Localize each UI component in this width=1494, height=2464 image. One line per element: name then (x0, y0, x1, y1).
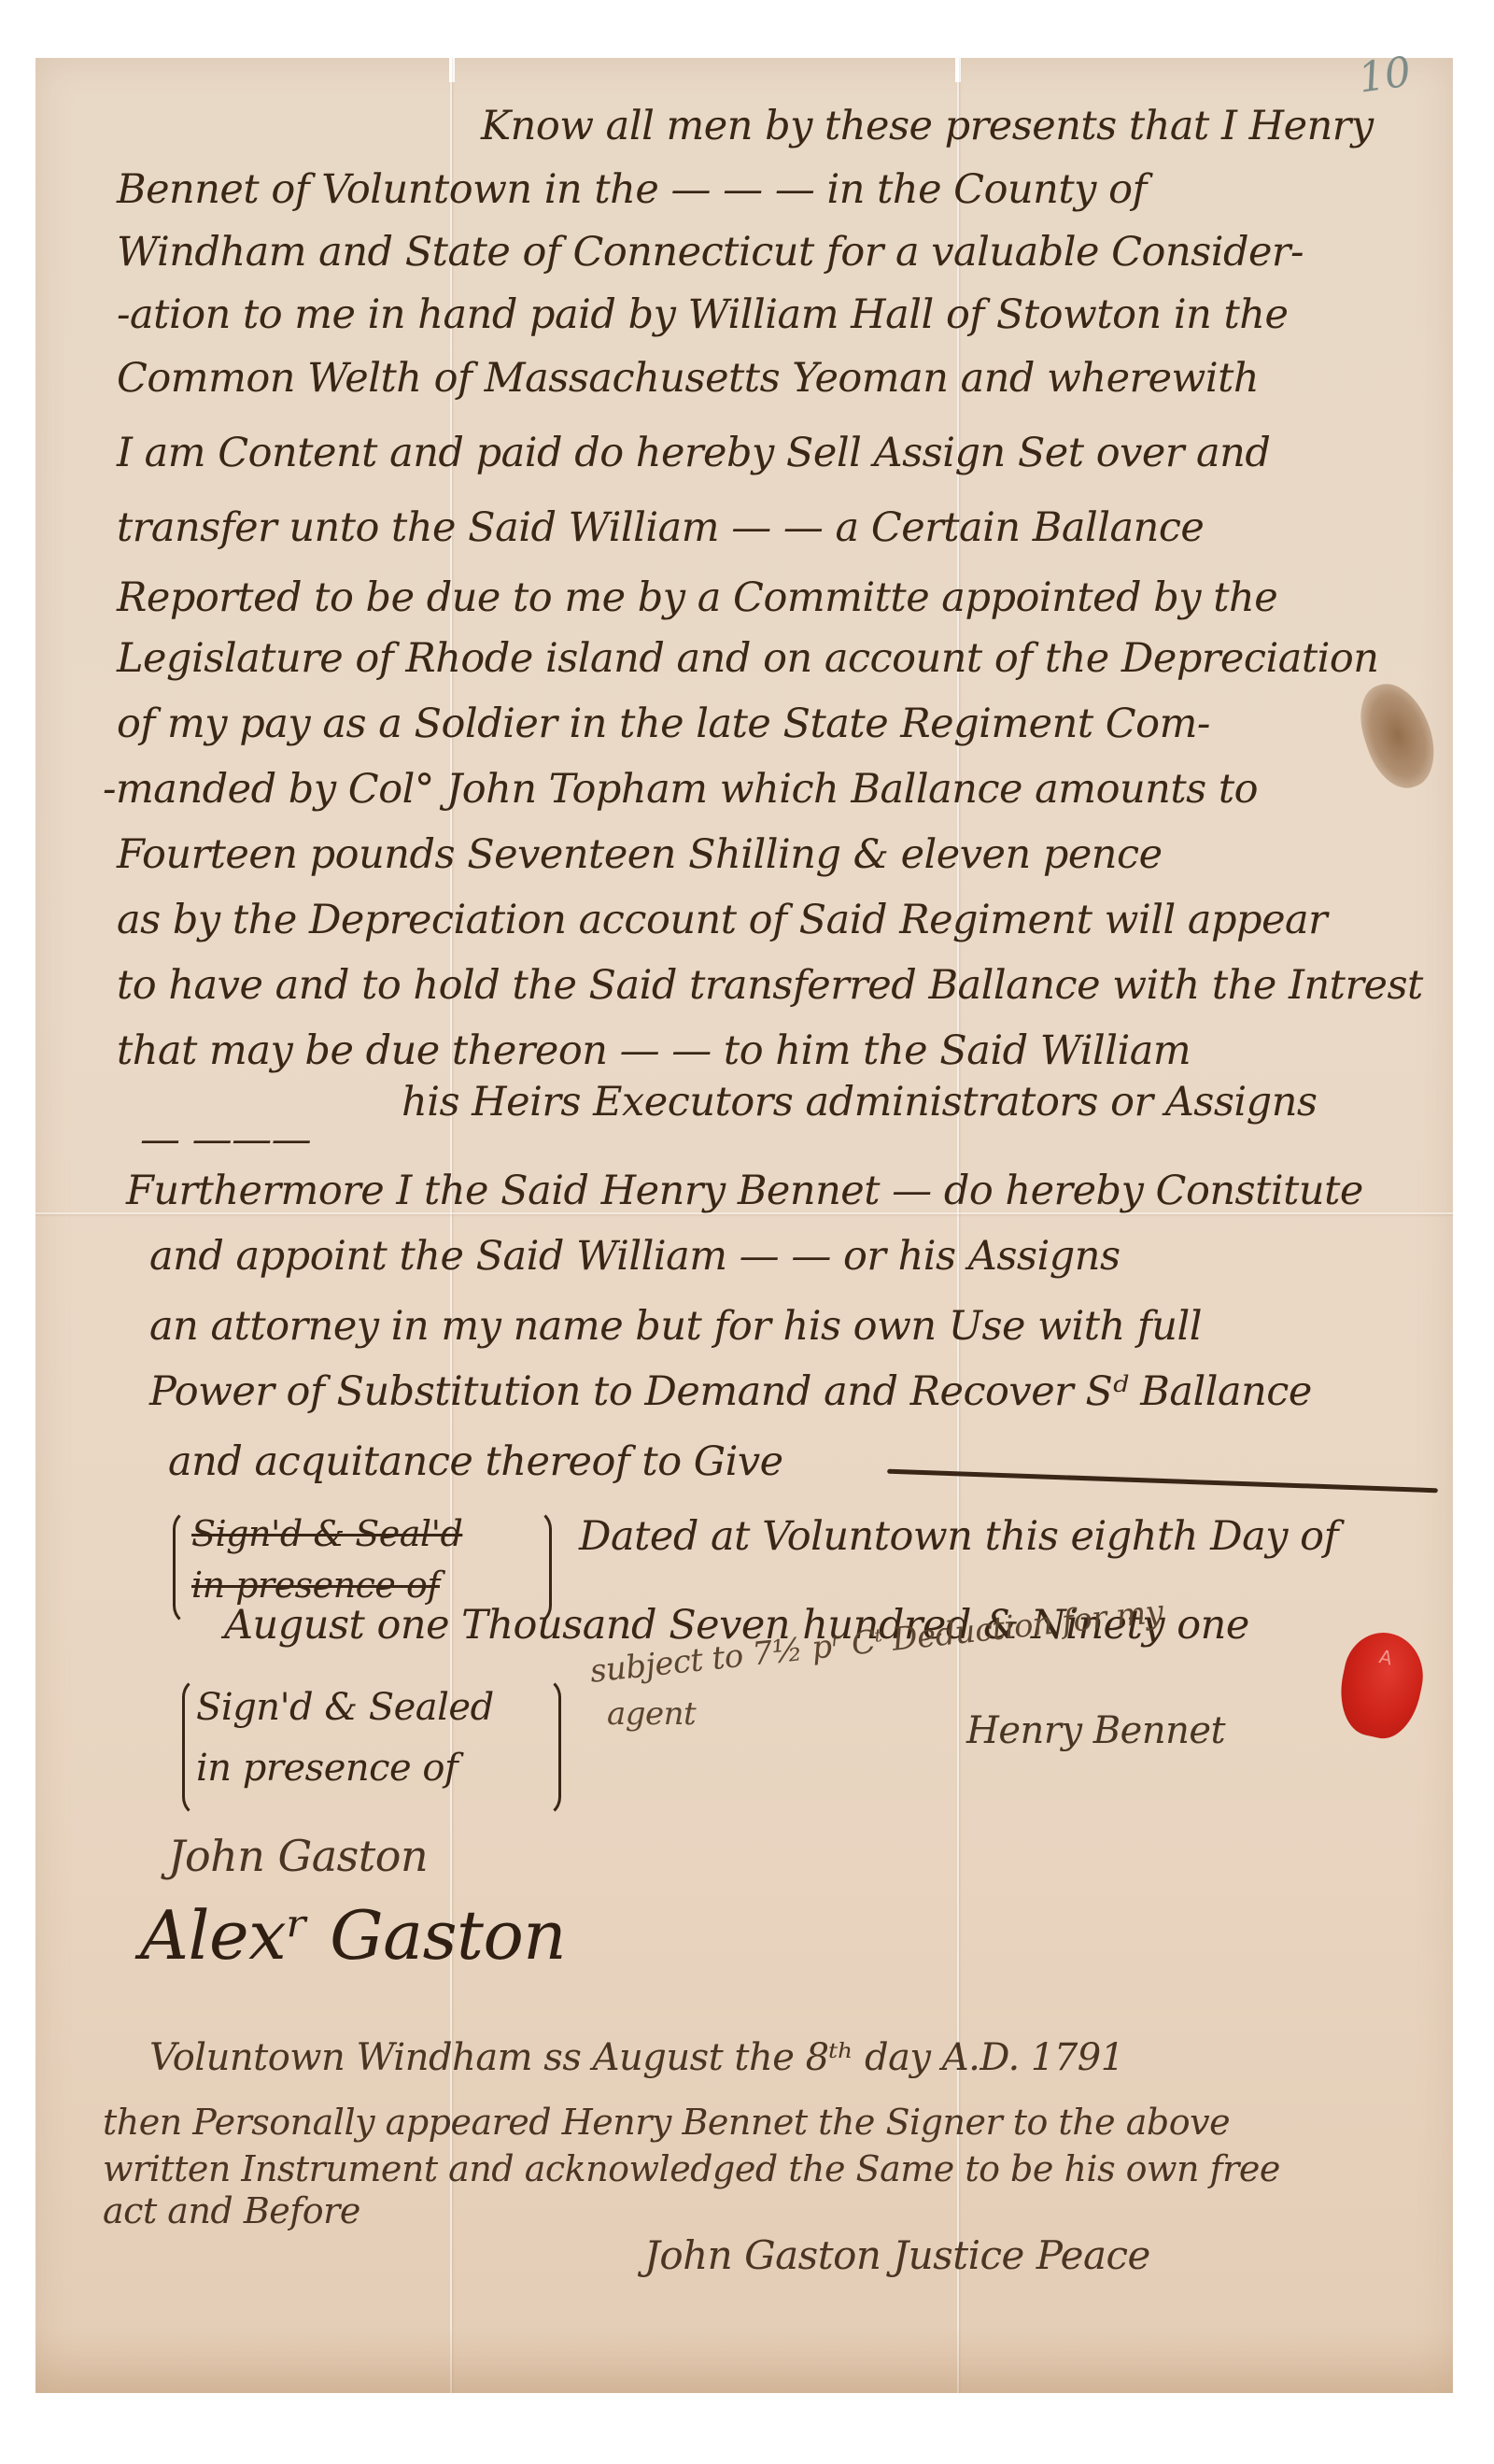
body-line-19: and appoint the Said William — — or his … (149, 1233, 1120, 1280)
acknowledgment-line-1: then Personally appeared Henry Bennet th… (103, 2102, 1230, 2143)
witness-signature-2: Alexʳ Gaston (140, 1896, 566, 1975)
acknowledgment-line-3: act and Before (103, 2190, 360, 2231)
seal-impression-mark: A (1377, 1645, 1394, 1669)
body-line-6: I am Content and paid do hereby Sell Ass… (117, 430, 1270, 476)
body-line-13: as by the Depreciation account of Said R… (117, 897, 1327, 943)
body-line-9: Legislature of Rhode island and on accou… (117, 635, 1378, 682)
attestation-line-2: in presence of (196, 1747, 458, 1790)
body-line-15: that may be due thereon — — to him the S… (117, 1027, 1191, 1074)
body-line-2: Bennet of Voluntown in the — — — in the … (117, 166, 1147, 213)
paper-bottom-discoloration (35, 2328, 1453, 2393)
body-line-12: Fourteen pounds Seventeen Shilling & ele… (117, 831, 1163, 878)
folio-number: 10 (1356, 48, 1415, 102)
acknowledgment-line-2: written Instrument and acknowledged the … (103, 2148, 1280, 2189)
body-line-3: Windham and State of Connecticut for a v… (117, 229, 1304, 276)
body-line-8: Reported to be due to me by a Committe a… (117, 574, 1277, 621)
struck-attestation-line-2: in presence of (191, 1565, 440, 1606)
struck-attestation-line-1: Sign'd & Seal'd (191, 1513, 462, 1554)
dated-line-1: Dated at Voluntown this eighth Day of (579, 1513, 1338, 1560)
body-line-20: an attorney in my name but for his own U… (149, 1303, 1202, 1350)
body-line-10: of my pay as a Soldier in the late State… (117, 701, 1210, 747)
body-line-22: and acquitance thereof to Give (168, 1438, 783, 1485)
body-line-16: his Heirs Executors administrators or As… (402, 1079, 1317, 1126)
body-line-5: Common Welth of Massachusetts Yeoman and… (117, 355, 1259, 402)
body-line-14: to have and to hold the Said transferred… (117, 962, 1423, 1009)
marginal-note-line-2: agent (607, 1695, 696, 1733)
body-line-21: Power of Substitution to Demand and Reco… (149, 1368, 1312, 1415)
body-line-17: — ——— (140, 1116, 311, 1163)
body-line-7: transfer unto the Said William — — a Cer… (117, 504, 1204, 551)
attestation-line-1: Sign'd & Sealed (196, 1686, 494, 1729)
justice-signature: John Gaston Justice Peace (644, 2232, 1150, 2278)
signatory-signature: Henry Bennet (966, 1709, 1225, 1752)
body-line-18: Furthermore I the Said Henry Bennet — do… (126, 1168, 1363, 1214)
acknowledgment-heading: Voluntown Windham ss August the 8ᵗʰ day … (149, 2036, 1124, 2079)
witness-signature-1: John Gaston (168, 1831, 428, 1881)
body-line-1: Know all men by these presents that I He… (481, 103, 1374, 149)
body-line-4: -ation to me in hand paid by William Hal… (117, 291, 1288, 338)
body-line-11: -manded by Col° John Topham which Ballan… (103, 766, 1258, 813)
